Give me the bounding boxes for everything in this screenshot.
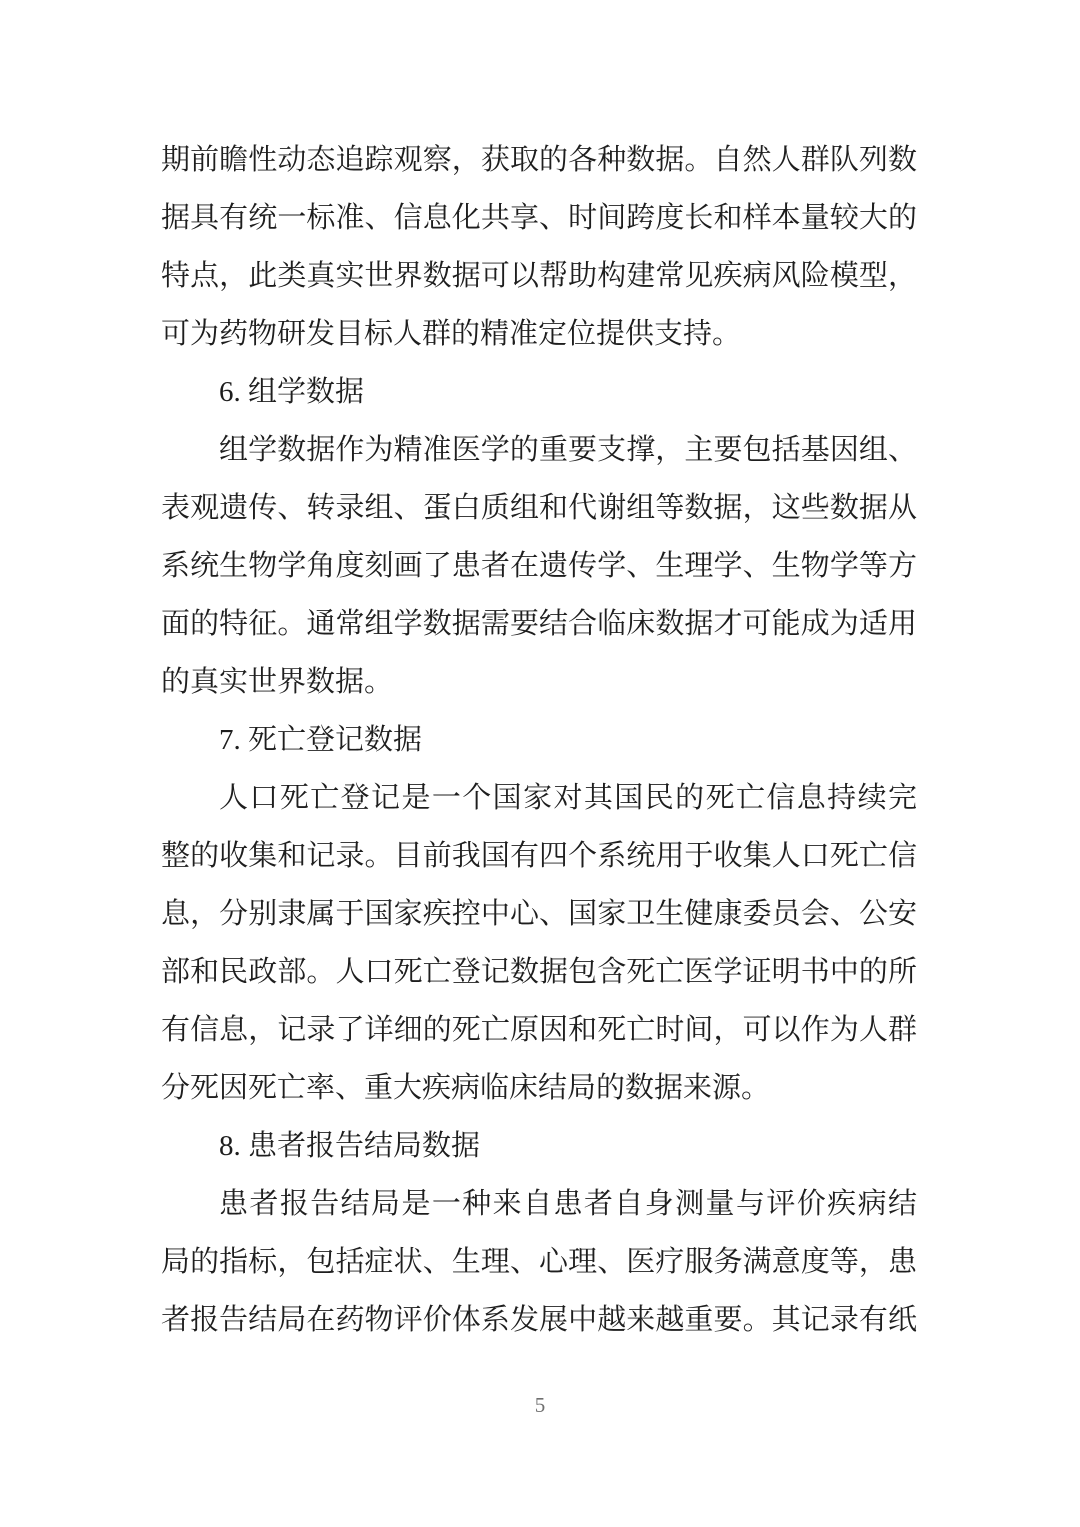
text-line: 系统生物学角度刻画了患者在遗传学、生理学、生物学等方 (161, 537, 917, 595)
text-line: 局的指标，包括症状、生理、心理、医疗服务满意度等，患 (161, 1233, 917, 1291)
text-line: 可为药物研发目标人群的精准定位提供支持。 (161, 305, 917, 363)
text-line: 患者报告结局是一种来自患者自身测量与评价疾病结 (161, 1175, 917, 1233)
document-page: { "page": { "number": "5" }, "content": … (0, 0, 1080, 1527)
text-line: 的真实世界数据。 (161, 653, 917, 711)
text-line: 表观遗传、转录组、蛋白质组和代谢组等数据，这些数据从 (161, 479, 917, 537)
page-number: 5 (0, 1392, 1080, 1418)
text-line: 据具有统一标准、信息化共享、时间跨度长和样本量较大的 (161, 189, 917, 247)
section-heading-6: 6. 组学数据 (161, 363, 917, 421)
text-line: 组学数据作为精准医学的重要支撑，主要包括基因组、 (161, 421, 917, 479)
text-line: 部和民政部。人口死亡登记数据包含死亡医学证明书中的所 (161, 943, 917, 1001)
section-heading-7: 7. 死亡登记数据 (161, 711, 917, 769)
text-line: 特点，此类真实世界数据可以帮助构建常见疾病风险模型， (161, 247, 917, 305)
text-line: 期前瞻性动态追踪观察，获取的各种数据。自然人群队列数 (161, 131, 917, 189)
text-body: 期前瞻性动态追踪观察，获取的各种数据。自然人群队列数 据具有统一标准、信息化共享… (161, 131, 917, 1349)
text-line: 分死因死亡率、重大疾病临床结局的数据来源。 (161, 1059, 917, 1117)
text-line: 面的特征。通常组学数据需要结合临床数据才可能成为适用 (161, 595, 917, 653)
text-line: 有信息，记录了详细的死亡原因和死亡时间，可以作为人群 (161, 1001, 917, 1059)
text-line: 息，分别隶属于国家疾控中心、国家卫生健康委员会、公安 (161, 885, 917, 943)
text-line: 人口死亡登记是一个国家对其国民的死亡信息持续完 (161, 769, 917, 827)
text-line: 者报告结局在药物评价体系发展中越来越重要。其记录有纸 (161, 1291, 917, 1349)
section-heading-8: 8. 患者报告结局数据 (161, 1117, 917, 1175)
text-line: 整的收集和记录。目前我国有四个系统用于收集人口死亡信 (161, 827, 917, 885)
